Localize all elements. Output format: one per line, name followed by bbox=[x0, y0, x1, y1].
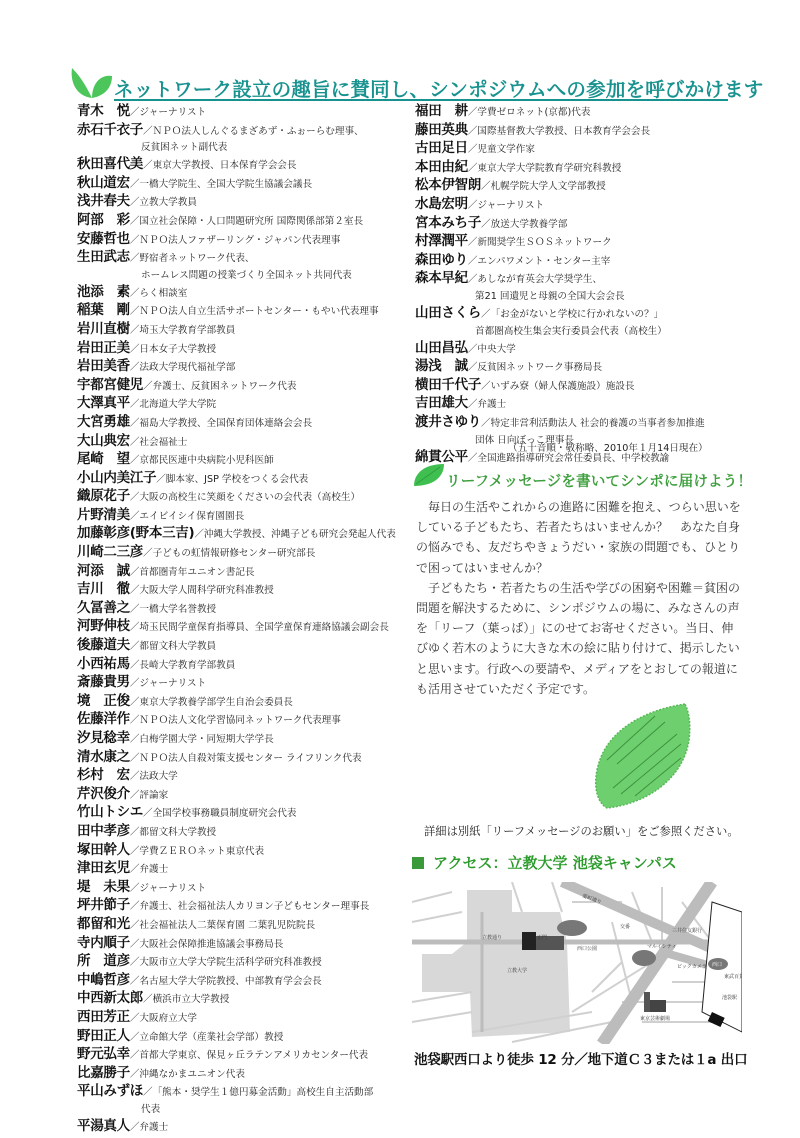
supporter-affiliation: ／国立社会保障・人口問題研究所 国際関係部第２室長 bbox=[130, 213, 363, 231]
supporter-name: 秋山道宏 bbox=[77, 175, 130, 193]
supporter-affiliation: ／児童文学作家 bbox=[468, 141, 535, 159]
supporter-affiliation: ／日本女子大学教授 bbox=[130, 341, 216, 359]
supporter-name: 竹山トシエ bbox=[77, 804, 143, 822]
supporters-list-left: 青木 悦／ジャーナリスト赤石千衣子／ＮＰＯ法人しんぐるまざあず・ふぉーらむ理事、… bbox=[77, 103, 412, 1136]
leaf-message-body: 毎日の生活やこれからの進路に困難を抱え、つらい思いをしている子どもたち、若者たち… bbox=[416, 497, 742, 699]
supporter-affiliation: ／大阪府立大学 bbox=[130, 1010, 197, 1028]
title-underline bbox=[114, 99, 728, 101]
supporter-name: 横田千代子 bbox=[415, 377, 481, 395]
supporter-entry: 秋田喜代美／東京大学教授、日本保育学会会長 bbox=[77, 156, 412, 175]
supporter-entry: 坪井節子／弁護士、社会福祉法人カリヨン子どもセンター理事長 bbox=[77, 897, 412, 916]
supporter-name: 小西祐馬 bbox=[77, 656, 130, 674]
supporter-entry: 浅井春夫／立教大学教員 bbox=[77, 193, 412, 212]
supporter-entry: 佐藤洋作／ＮＰＯ法人文化学習協同ネットワーク代表理事 bbox=[77, 711, 412, 730]
supporter-affiliation: ／ＮＰＯ法人自殺対策支援センター ライフリンク代表 bbox=[130, 750, 362, 768]
supporter-affiliation: ／長崎大学教育学部教員 bbox=[130, 657, 236, 675]
campus-map: 立教通り 正門 立教大学 要町通り 交番 マルイシティ 三井住友銀行 西口公園 … bbox=[412, 882, 742, 1044]
supporter-entry: 汐見稔幸／白梅学園大学・同短期大学学長 bbox=[77, 730, 412, 749]
supporter-affiliation-continued: 首都圏高校生集会実行委員会代表（高校生） bbox=[415, 324, 745, 340]
supporter-name: 小山内美江子 bbox=[77, 470, 156, 488]
supporter-affiliation: ／国際基督教大学教授、日本教育学会会長 bbox=[468, 123, 650, 141]
supporter-entry: 宇都宮健児／弁護士、反貧困ネットワーク代表 bbox=[77, 377, 412, 396]
supporter-entry: 清水康之／ＮＰＯ法人自殺対策支援センター ライフリンク代表 bbox=[77, 749, 412, 768]
supporter-affiliation: ／埼玉大学教育学部教員 bbox=[130, 322, 236, 340]
supporter-affiliation: ／横浜市立大学教授 bbox=[143, 991, 229, 1009]
supporter-entry: 秋山道宏／一橋大学院生、全国大学院生協議会議長 bbox=[77, 175, 412, 194]
svg-text:ビックカメラ: ビックカメラ bbox=[677, 964, 707, 970]
supporter-entry: 吉川 徹／大阪大学人間科学研究科准教授 bbox=[77, 581, 412, 600]
svg-text:西口公園: 西口公園 bbox=[577, 945, 597, 952]
supporter-entry: 吉田雄大／弁護士 bbox=[415, 395, 745, 414]
supporter-entry: 生田武志／野宿者ネットワーク代表、 bbox=[77, 249, 412, 268]
supporter-name: 稲葉 剛 bbox=[77, 302, 130, 320]
supporter-affiliation-continued: 反貧困ネット副代表 bbox=[77, 140, 412, 156]
section-header: ネットワーク設立の趣旨に賛同し、シンポジウムへの参加を呼びかけます bbox=[68, 60, 728, 102]
supporter-entry: 湯浅 誠／反貧困ネットワーク事務局長 bbox=[415, 358, 745, 377]
supporter-name: 河野伸枝 bbox=[77, 618, 130, 636]
supporter-entry: 久冨善之／一橋大学名誉教授 bbox=[77, 600, 412, 619]
supporter-entry: 阿部 彩／国立社会保障・人口問題研究所 国際関係部第２室長 bbox=[77, 212, 412, 231]
supporter-entry: 池添 素／らく相談室 bbox=[77, 284, 412, 303]
supporter-entry: 杉村 宏／法政大学 bbox=[77, 767, 412, 786]
svg-text:東京芸術劇場: 東京芸術劇場 bbox=[640, 1015, 670, 1022]
supporter-affiliation: ／いずみ寮（婦人保護施設）施設長 bbox=[481, 378, 635, 396]
supporter-affiliation-continued: 代表 bbox=[77, 1102, 412, 1118]
supporter-name: 後藤道夫 bbox=[77, 637, 130, 655]
supporter-affiliation: ／ジャーナリスト bbox=[130, 104, 206, 122]
supporter-name: 岩田正美 bbox=[77, 340, 130, 358]
supporter-name: 久冨善之 bbox=[77, 600, 130, 618]
supporter-affiliation: ／放送大学教養学部 bbox=[481, 216, 567, 234]
supporter-affiliation: ／ジャーナリスト bbox=[130, 675, 206, 693]
supporter-entry: 稲葉 剛／ＮＰＯ法人自立生活サポートセンター・もやい代表理事 bbox=[77, 302, 412, 321]
supporter-affiliation: ／ジャーナリスト bbox=[130, 880, 206, 898]
supporter-entry: 大宮勇雄／福島大学教授、全国保育団体連絡会会長 bbox=[77, 414, 412, 433]
supporter-affiliation: ／ＮＰＯ法人しんぐるまざあず・ふぉーらむ理事、 bbox=[143, 123, 364, 141]
square-bullet-icon bbox=[412, 857, 424, 869]
supporter-name: 吉川 徹 bbox=[77, 581, 130, 599]
leaf-icon bbox=[412, 462, 446, 488]
paragraph: 子どもたち・若者たちの生活や学びの困窮や困難＝貧困の問題を解決するために、シンポ… bbox=[416, 578, 742, 699]
supporter-name: 都留和光 bbox=[77, 916, 130, 934]
supporter-affiliation: ／エイビイシイ保育園園長 bbox=[130, 508, 244, 526]
supporter-name: 塚田幹人 bbox=[77, 842, 130, 860]
supporter-affiliation: ／らく相談室 bbox=[130, 285, 188, 303]
supporter-name: 堤 未果 bbox=[77, 879, 130, 897]
supporter-name: 川崎二三彦 bbox=[77, 544, 143, 562]
supporter-affiliation: ／立命館大学（産業社会学部）教授 bbox=[130, 1029, 284, 1047]
supporter-affiliation: ／弁護士 bbox=[130, 861, 168, 879]
supporter-entry: 平山みずほ／「熊本・奨学生１億円募金活動」高校生自主活動部 bbox=[77, 1083, 412, 1102]
supporter-entry: 河野伸枝／埼玉民間学童保育指導員、全国学童保育連絡協議会副会長 bbox=[77, 618, 412, 637]
supporter-name: 村澤潤平 bbox=[415, 233, 468, 251]
supporter-affiliation: ／沖縄なかまユニオン代表 bbox=[130, 1066, 245, 1084]
supporter-entry: 横田千代子／いずみ寮（婦人保護施設）施設長 bbox=[415, 377, 745, 396]
supporter-name: 渡井さゆり bbox=[415, 414, 481, 432]
supporter-affiliation: ／学費ＺＥＲＯネット東京代表 bbox=[130, 843, 264, 861]
supporter-entry: 松本伊智朗／札幌学院大学人文学部教授 bbox=[415, 177, 745, 196]
svg-text:立教大学: 立教大学 bbox=[507, 967, 527, 974]
supporter-affiliation: ／弁護士、社会福祉法人カリヨン子どもセンター理事長 bbox=[130, 898, 369, 916]
supporter-name: 佐藤洋作 bbox=[77, 711, 130, 729]
supporter-name: 清水康之 bbox=[77, 749, 130, 767]
supporter-name: 平山みずほ bbox=[77, 1083, 143, 1101]
supporter-affiliation: ／東京大学教養学部学生自治会委員長 bbox=[130, 694, 293, 712]
supporter-affiliation: ／中央大学 bbox=[468, 341, 516, 359]
supporter-name: 水島宏明 bbox=[415, 196, 468, 214]
supporter-entry: 河添 誠／首都圏青年ユニオン書記長 bbox=[77, 563, 412, 582]
supporter-affiliation: ／「熊本・奨学生１億円募金活動」高校生自主活動部 bbox=[143, 1084, 373, 1102]
supporter-name: 青木 悦 bbox=[77, 103, 130, 121]
supporter-affiliation: ／反貧困ネットワーク事務局長 bbox=[468, 359, 602, 377]
supporter-entry: 平湯真人／弁護士 bbox=[77, 1118, 412, 1137]
supporter-entry: 都留和光／社会福祉法人二葉保育園 二葉乳児院院長 bbox=[77, 916, 412, 935]
supporter-entry: 渡井さゆり／特定非営利活動法人 社会的養護の当事者参加推進 bbox=[415, 414, 745, 433]
supporter-name: 比嘉勝子 bbox=[77, 1065, 130, 1083]
supporter-affiliation: ／弁護士 bbox=[468, 396, 506, 414]
supporter-name: 古田足日 bbox=[415, 140, 468, 158]
supporter-affiliation: ／エンパワメント・センター主宰 bbox=[468, 253, 611, 271]
supporter-entry: 森本早紀／あしなが育英会大学奨学生、 bbox=[415, 270, 745, 289]
leaf-message-title: リーフメッセージを書いてシンポに届けよう！ bbox=[446, 470, 752, 491]
supporter-affiliation-continued: ホームレス問題の授業づくり全国ネット共同代表 bbox=[77, 268, 412, 284]
supporter-affiliation: ／大阪社会保障推進協議会事務局長 bbox=[130, 936, 284, 954]
supporter-entry: 西田芳正／大阪府立大学 bbox=[77, 1009, 412, 1028]
supporter-name: 池添 素 bbox=[77, 284, 130, 302]
supporter-name: 宇都宮健児 bbox=[77, 377, 143, 395]
supporter-entry: 赤石千衣子／ＮＰＯ法人しんぐるまざあず・ふぉーらむ理事、 bbox=[77, 122, 412, 141]
svg-text:三井住友銀行: 三井住友銀行 bbox=[672, 927, 702, 934]
supporter-affiliation: ／特定非営利活動法人 社会的養護の当事者参加推進 bbox=[481, 415, 705, 433]
supporter-name: 福田 耕 bbox=[415, 103, 468, 121]
supporter-entry: 本田由紀／東京大学大学院教育学研究科教授 bbox=[415, 159, 745, 178]
supporter-name: 山田さくら bbox=[415, 305, 481, 323]
supporter-affiliation: ／学費ゼロネット(京都)代表 bbox=[468, 104, 591, 122]
supporter-affiliation: ／東京大学教授、日本保育学会会長 bbox=[143, 157, 297, 175]
supporter-affiliation: ／法政大学 bbox=[130, 768, 178, 786]
supporter-entry: 小西祐馬／長崎大学教育学部教員 bbox=[77, 656, 412, 675]
supporter-name: 境 正俊 bbox=[77, 693, 130, 711]
supporter-name: 岩田美香 bbox=[77, 358, 130, 376]
supporter-affiliation-continued: 第21 回遺児と母親の全国大会会長 bbox=[415, 289, 745, 305]
supporter-affiliation: ／埼玉民間学童保育指導員、全国学童保育連絡協議会副会長 bbox=[130, 619, 389, 637]
supporter-entry: 野田正人／立命館大学（産業社会学部）教授 bbox=[77, 1028, 412, 1047]
supporter-name: 田中孝彦 bbox=[77, 823, 130, 841]
supporter-name: 大澤真平 bbox=[77, 395, 130, 413]
supporter-name: 宮本みち子 bbox=[415, 215, 481, 233]
supporter-entry: 境 正俊／東京大学教養学部学生自治会委員長 bbox=[77, 693, 412, 712]
supporter-name: 岩川直樹 bbox=[77, 321, 130, 339]
supporter-affiliation: ／ジャーナリスト bbox=[468, 197, 544, 215]
supporter-entry: 織原花子／大阪の高校生に笑顔をくださいの会代表（高校生） bbox=[77, 488, 412, 507]
supporter-affiliation: ／ＮＰＯ法人自立生活サポートセンター・もやい代表理事 bbox=[130, 303, 379, 321]
supporter-affiliation: ／弁護士 bbox=[130, 1119, 168, 1137]
supporter-affiliation: ／ＮＰＯ法人ファザーリング・ジャパン代表理事 bbox=[130, 232, 341, 250]
supporter-name: 松本伊智朗 bbox=[415, 177, 481, 195]
supporter-entry: 所 道彦／大阪市立大学大学院生活科学研究科准教授 bbox=[77, 953, 412, 972]
supporter-affiliation: ／都留文科大学教授 bbox=[130, 824, 216, 842]
supporter-entry: 後藤道夫／都留文科大学教員 bbox=[77, 637, 412, 656]
supporter-entry: 大澤真平／北海道大学大学院 bbox=[77, 395, 412, 414]
svg-text:交番: 交番 bbox=[620, 923, 630, 930]
supporter-entry: 大山典宏／社会福祉士 bbox=[77, 433, 412, 452]
supporter-affiliation: ／大阪市立大学大学院生活科学研究科准教授 bbox=[130, 954, 322, 972]
supporter-entry: 田中孝彦／都留文科大学教授 bbox=[77, 823, 412, 842]
supporter-entry: 加藤彰彦(野本三吉)／沖縄大学教授、沖縄子ども研究会発起人代表 bbox=[77, 525, 412, 544]
supporter-affiliation: ／北海道大学大学院 bbox=[130, 396, 216, 414]
supporter-affiliation: ／法政大学現代福祉学部 bbox=[130, 359, 236, 377]
supporter-name: 西田芳正 bbox=[77, 1009, 130, 1027]
supporter-entry: 津田玄児／弁護士 bbox=[77, 860, 412, 879]
leaf-message-header: リーフメッセージを書いてシンポに届けよう！ bbox=[412, 462, 742, 492]
supporter-name: 吉田雄大 bbox=[415, 395, 468, 413]
svg-text:東武百貨店: 東武百貨店 bbox=[724, 973, 742, 980]
supporter-entry: 野元弘幸／首都大学東京、保見ヶ丘ラテンアメリカセンター代表 bbox=[77, 1046, 412, 1065]
supporter-name: 大宮勇雄 bbox=[77, 414, 130, 432]
supporter-entry: 尾崎 望／京都民医連中央病院小児科医師 bbox=[77, 451, 412, 470]
svg-text:正門: 正門 bbox=[537, 934, 547, 941]
supporter-affiliation: ／社会福祉士 bbox=[130, 434, 188, 452]
svg-text:池袋駅: 池袋駅 bbox=[722, 994, 737, 1001]
supporter-name: 加藤彰彦(野本三吉) bbox=[77, 525, 194, 543]
supporter-affiliation: ／首都圏青年ユニオン書記長 bbox=[130, 564, 255, 582]
supporter-affiliation: ／京都民医連中央病院小児科医師 bbox=[130, 452, 274, 470]
supporter-affiliation: ／あしなが育英会大学奨学生、 bbox=[468, 271, 602, 289]
supporter-name: 安藤哲也 bbox=[77, 231, 130, 249]
supporter-name: 寺内順子 bbox=[77, 935, 130, 953]
supporter-entry: 宮本みち子／放送大学教養学部 bbox=[415, 215, 745, 234]
supporter-affiliation: ／立教大学教員 bbox=[130, 194, 197, 212]
supporter-entry: 福田 耕／学費ゼロネット(京都)代表 bbox=[415, 103, 745, 122]
supporter-entry: 藤田英典／国際基督教大学教授、日本教育学会会長 bbox=[415, 122, 745, 141]
supporter-name: 浅井春夫 bbox=[77, 193, 130, 211]
supporter-affiliation: ／弁護士、反貧困ネットワーク代表 bbox=[143, 378, 297, 396]
supporter-entry: 片野清美／エイビイシイ保育園園長 bbox=[77, 507, 412, 526]
supporter-affiliation: ／沖縄大学教授、沖縄子ども研究会発起人代表 bbox=[194, 526, 395, 544]
supporter-entry: 水島宏明／ジャーナリスト bbox=[415, 196, 745, 215]
supporter-affiliation: ／都留文科大学教員 bbox=[130, 638, 216, 656]
list-note: （五十音順・敬称略、2010年１月14日現在） bbox=[508, 440, 708, 454]
supporter-affiliation: ／首都大学東京、保見ヶ丘ラテンアメリカセンター代表 bbox=[130, 1047, 368, 1065]
supporter-affiliation: ／ＮＰＯ法人文化学習協同ネットワーク代表理事 bbox=[130, 712, 341, 730]
supporter-affiliation: ／大阪大学人間科学研究科准教授 bbox=[130, 582, 274, 600]
green-leaf-icon bbox=[68, 60, 116, 100]
supporters-list-right: 福田 耕／学費ゼロネット(京都)代表藤田英典／国際基督教大学教授、日本教育学会会… bbox=[415, 103, 745, 467]
supporter-entry: 安藤哲也／ＮＰＯ法人ファザーリング・ジャパン代表理事 bbox=[77, 231, 412, 250]
supporter-name: 赤石千衣子 bbox=[77, 122, 143, 140]
supporter-affiliation: ／大阪の高校生に笑顔をくださいの会代表（高校生） bbox=[130, 489, 360, 507]
supporter-entry: 山田さくら／「お金がないと学校に行かれないの？」 bbox=[415, 305, 745, 324]
supporter-affiliation: ／子どもの虹情報研修センター研究部長 bbox=[143, 545, 315, 563]
supporter-name: 本田由紀 bbox=[415, 159, 468, 177]
supporter-affiliation: ／一橋大学院生、全国大学院生協議会議長 bbox=[130, 176, 312, 194]
supporter-name: 尾崎 望 bbox=[77, 451, 130, 469]
supporter-affiliation: ／一橋大学名誉教授 bbox=[130, 601, 216, 619]
supporter-name: 森本早紀 bbox=[415, 270, 468, 288]
supporter-entry: 芹沢俊介／評論家 bbox=[77, 786, 412, 805]
supporter-affiliation: ／東京大学大学院教育学研究科教授 bbox=[468, 160, 622, 178]
supporter-name: 汐見稔幸 bbox=[77, 730, 130, 748]
access-directions: 池袋駅西口より徒歩 12 分／地下道Ｃ３または１a 出口 bbox=[414, 1048, 747, 1068]
supporter-name: 中嶋哲彦 bbox=[77, 972, 130, 990]
supporter-name: 野田正人 bbox=[77, 1028, 130, 1046]
supporter-entry: 山田昌弘／中央大学 bbox=[415, 340, 745, 359]
supporter-affiliation: ／札幌学院大学人文学部教授 bbox=[481, 178, 606, 196]
leaf-illustration-icon bbox=[585, 700, 695, 812]
supporter-entry: 岩川直樹／埼玉大学教育学部教員 bbox=[77, 321, 412, 340]
supporter-name: 湯浅 誠 bbox=[415, 358, 468, 376]
supporter-name: 藤田英典 bbox=[415, 122, 468, 140]
supporter-name: 杉村 宏 bbox=[77, 767, 130, 785]
supporter-affiliation: ／白梅学園大学・同短期大学学長 bbox=[130, 731, 274, 749]
supporter-entry: 小山内美江子／脚本家、JSP 学校をつくる会代表 bbox=[77, 470, 412, 489]
supporter-affiliation: ／社会福祉法人二葉保育園 二葉乳児院院長 bbox=[130, 917, 315, 935]
supporter-entry: 中嶋哲彦／名古屋大学大学院教授、中部教育学会会長 bbox=[77, 972, 412, 991]
paragraph: 毎日の生活やこれからの進路に困難を抱え、つらい思いをしている子どもたち、若者たち… bbox=[416, 497, 742, 578]
supporter-name: 織原花子 bbox=[77, 488, 130, 506]
supporter-entry: 川崎二三彦／子どもの虹情報研修センター研究部長 bbox=[77, 544, 412, 563]
supporter-name: 中西新太郎 bbox=[77, 990, 143, 1008]
supporter-entry: 森田ゆり／エンパワメント・センター主宰 bbox=[415, 252, 745, 271]
supporter-affiliation: ／福島大学教授、全国保育団体連絡会会長 bbox=[130, 415, 312, 433]
supporter-name: 坪井節子 bbox=[77, 897, 130, 915]
leaf-message-detail: 詳細は別紙「リーフメッセージのお願い」をご参照ください。 bbox=[424, 823, 739, 839]
supporter-name: 森田ゆり bbox=[415, 252, 468, 270]
supporter-entry: 斎藤貴男／ジャーナリスト bbox=[77, 674, 412, 693]
supporter-affiliation: ／新聞奨学生ＳＯＳネットワーク bbox=[468, 234, 612, 252]
supporter-name: 大山典宏 bbox=[77, 433, 130, 451]
svg-text:マルイシティ: マルイシティ bbox=[647, 944, 676, 950]
supporter-affiliation: ／脚本家、JSP 学校をつくる会代表 bbox=[156, 471, 308, 489]
supporter-entry: 堤 未果／ジャーナリスト bbox=[77, 879, 412, 898]
svg-text:立教通り: 立教通り bbox=[482, 934, 502, 941]
supporter-entry: 岩田正美／日本女子大学教授 bbox=[77, 340, 412, 359]
access-heading: アクセス：立教大学 池袋キャンパス bbox=[412, 852, 677, 873]
supporter-entry: 中西新太郎／横浜市立大学教授 bbox=[77, 990, 412, 1009]
supporter-name: 河添 誠 bbox=[77, 563, 130, 581]
supporter-name: 津田玄児 bbox=[77, 860, 130, 878]
supporter-entry: 村澤潤平／新聞奨学生ＳＯＳネットワーク bbox=[415, 233, 745, 252]
supporter-entry: 青木 悦／ジャーナリスト bbox=[77, 103, 412, 122]
supporter-affiliation: ／評論家 bbox=[130, 787, 168, 805]
supporter-name: 片野清美 bbox=[77, 507, 130, 525]
supporter-name: 山田昌弘 bbox=[415, 340, 468, 358]
supporter-name: 野元弘幸 bbox=[77, 1046, 130, 1064]
page-title: ネットワーク設立の趣旨に賛同し、シンポジウムへの参加を呼びかけます bbox=[114, 74, 763, 102]
supporter-entry: 寺内順子／大阪社会保障推進協議会事務局長 bbox=[77, 935, 412, 954]
supporter-name: 生田武志 bbox=[77, 249, 130, 267]
supporter-affiliation: ／名古屋大学大学院教授、中部教育学会会長 bbox=[130, 973, 322, 991]
supporter-affiliation: ／野宿者ネットワーク代表、 bbox=[130, 250, 255, 268]
supporter-name: 秋田喜代美 bbox=[77, 156, 143, 174]
supporter-name: 芹沢俊介 bbox=[77, 786, 130, 804]
supporter-affiliation: ／全国学校事務職員制度研究会代表 bbox=[143, 805, 297, 823]
supporter-entry: 比嘉勝子／沖縄なかまユニオン代表 bbox=[77, 1065, 412, 1084]
supporter-entry: 岩田美香／法政大学現代福祉学部 bbox=[77, 358, 412, 377]
supporter-entry: 竹山トシエ／全国学校事務職員制度研究会代表 bbox=[77, 804, 412, 823]
supporter-name: 平湯真人 bbox=[77, 1118, 130, 1136]
supporter-name: 阿部 彩 bbox=[77, 212, 130, 230]
supporter-affiliation: ／「お金がないと学校に行かれないの？」 bbox=[481, 306, 663, 324]
supporter-name: 所 道彦 bbox=[77, 953, 130, 971]
supporter-entry: 古田足日／児童文学作家 bbox=[415, 140, 745, 159]
supporter-entry: 塚田幹人／学費ＺＥＲＯネット東京代表 bbox=[77, 842, 412, 861]
supporter-name: 斎藤貴男 bbox=[77, 674, 130, 692]
access-title: アクセス：立教大学 池袋キャンパス bbox=[433, 854, 677, 872]
svg-text:西口: 西口 bbox=[712, 961, 722, 968]
